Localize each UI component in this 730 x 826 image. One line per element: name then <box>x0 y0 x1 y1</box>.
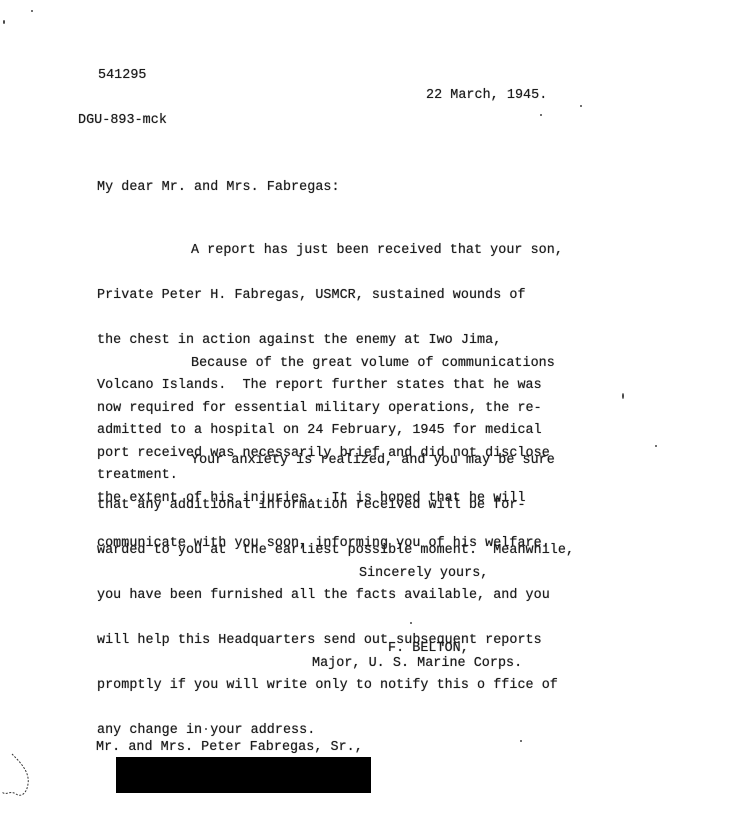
letter-date: 22 March, 1945. <box>426 88 547 103</box>
file-code: DGU-893-mck <box>78 113 167 128</box>
redaction-block <box>116 757 371 793</box>
scan-speck <box>622 393 624 399</box>
signature-title: Major, U. S. Marine Corps. <box>312 656 522 671</box>
paragraph-line: will help this Headquarters send out sub… <box>97 633 574 648</box>
paragraph-line: you have been furnished all the facts av… <box>97 588 574 603</box>
scan-speck <box>655 445 657 447</box>
paragraph-line: promptly if you will write only to notif… <box>97 678 574 693</box>
paragraph-line: warded to you at the earliest possible m… <box>97 543 574 558</box>
closing: Sincerely yours, <box>359 566 488 581</box>
scan-speck <box>540 114 542 116</box>
salutation: My dear Mr. and Mrs. Fabregas: <box>97 180 340 195</box>
scan-speck <box>205 728 207 730</box>
paragraph-3: Your anxiety is realized, and you may be… <box>97 423 574 768</box>
scan-speck <box>410 622 412 624</box>
pencil-mark-icon <box>0 748 40 808</box>
paragraph-line: now required for essential military oper… <box>97 401 555 416</box>
scan-speck <box>520 740 522 742</box>
paragraph-line: any change in your address. <box>97 723 574 738</box>
letter-page: 541295 DGU-893-mck 22 March, 1945. My de… <box>0 0 730 826</box>
paragraph-line: Your anxiety is realized, and you may be… <box>97 453 574 468</box>
file-number: 541295 <box>78 68 167 83</box>
scan-speck <box>31 10 33 12</box>
signature-name: F. BELTON, <box>388 641 469 656</box>
scan-speck <box>580 105 582 107</box>
scan-speck <box>3 20 5 24</box>
paragraph-line: A report has just been received that you… <box>97 243 563 258</box>
addressee: Mr. and Mrs. Peter Fabregas, Sr., <box>96 740 363 755</box>
paragraph-line: Private Peter H. Fabregas, USMCR, sustai… <box>97 288 563 303</box>
file-reference: 541295 DGU-893-mck <box>78 38 167 158</box>
paragraph-line: Because of the great volume of communica… <box>97 356 555 371</box>
paragraph-line: that any additional information received… <box>97 498 574 513</box>
